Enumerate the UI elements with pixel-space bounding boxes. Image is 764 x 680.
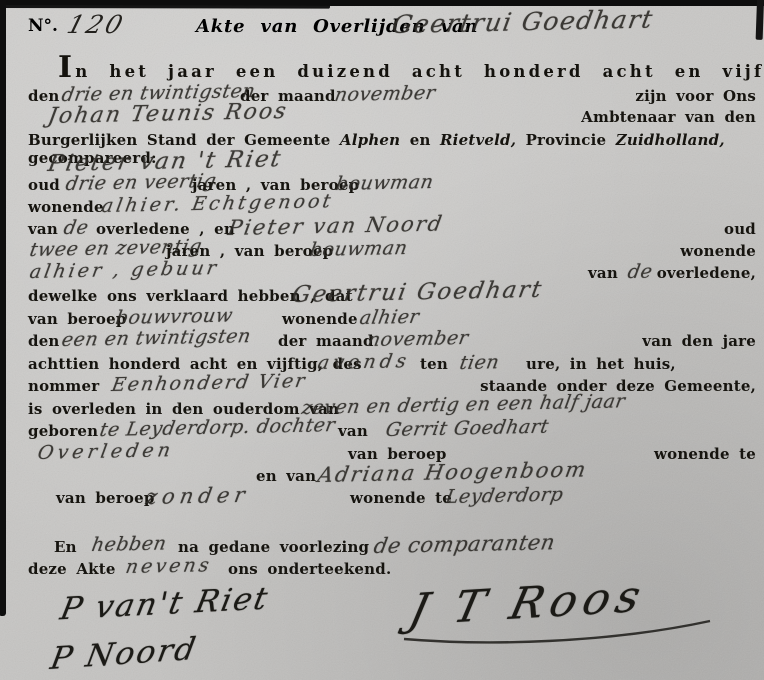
den-label: den [28, 87, 60, 105]
death-year-label: achttien honderd acht en vijftig, des [28, 355, 362, 373]
deceased-name: Geertrui Goedhart [290, 277, 545, 308]
mother-profession: zonder [144, 483, 252, 509]
year-line: In het jaar een duizend acht honderd ach… [28, 50, 756, 82]
van-beroep-label-3: van beroep [56, 489, 155, 507]
onderteekend-label: ons onderteekend. [228, 560, 391, 578]
witness2-profession: bouwman [308, 237, 409, 261]
wonende-label-2: wonende [680, 242, 756, 260]
overledene-label: overledene, [657, 264, 756, 282]
wonende-te-label: wonende te [654, 445, 756, 463]
scan-edge-top-shadow [0, 5, 330, 9]
nommer-label: nommer [28, 377, 99, 395]
death-certificate-scan: N°. 120 Akte van Overlijden van Geertrui… [0, 0, 764, 680]
en-van-label: en van [256, 467, 316, 485]
act-number-label: N°. [28, 16, 58, 36]
act-number-value: 120 [64, 10, 129, 39]
signature-flourish [398, 615, 718, 647]
year-text: In het jaar een duizend acht honderd ach… [58, 50, 764, 85]
witness1-residence: alhier. Echtgenoot [100, 190, 335, 217]
registrar-line: Johan Teunis Roos Ambtenaar van den [28, 108, 756, 132]
der-maand-label-2: der maand [278, 332, 374, 350]
registration-month: november [333, 82, 437, 106]
nevens-handwritten: nevens [124, 554, 214, 578]
mother-line: en van Adriana Hoogenboom [28, 467, 756, 491]
signature-witness1: P van't Riet [57, 581, 272, 628]
time-of-day: avonds [316, 350, 412, 374]
mother-profession-line: van beroep zonder wonende te Leyderdorp [28, 489, 756, 513]
death-day: een en twintigsten [60, 325, 253, 351]
van-label-3: van [338, 422, 368, 440]
wonende-label-3: wonende [282, 310, 358, 328]
birthplace: te Leyderdorp. dochter [98, 414, 337, 441]
scan-edge-left [0, 0, 6, 616]
deceased-name-header: Geertrui Goedhart [390, 5, 656, 39]
province-label: Provincie [526, 131, 607, 149]
father-status: Overleden [36, 439, 176, 464]
ten-label: ten [420, 355, 448, 373]
death-hour: tien [458, 351, 501, 374]
province-zuidholland: Zuidholland, [616, 131, 725, 149]
deze-akte-label: deze Akte [28, 560, 116, 578]
witness2-name: Pieter van Noord [226, 212, 446, 240]
witness2-residence: alhier , gebuur [28, 257, 221, 283]
de-handwritten: de [62, 216, 90, 239]
den-label-2: den [28, 332, 60, 350]
municipality-rietveld: Rietveld, [440, 131, 516, 149]
oud-label: oud [28, 176, 60, 194]
deceased-residence: alhier [358, 306, 421, 329]
zijn-voor-ons-label: zijn voor Ons [635, 87, 756, 105]
house-number: Eenhonderd Vier [110, 370, 308, 396]
van-beroep-label: van beroep [28, 310, 127, 328]
scan-edge-top-right [756, 0, 764, 40]
hebben-handwritten: hebben [90, 532, 168, 556]
van-label-2: van [588, 264, 618, 282]
ambtenaar-label: Ambtenaar van den [581, 108, 756, 126]
comparanten-handwritten: de comparanten [372, 530, 557, 558]
registrar-name: Johan Teunis Roos [46, 99, 290, 129]
en-cap-label: En [54, 538, 77, 556]
na-gedane-label: na gedane voorlezing [178, 538, 369, 556]
mother-name: Adriana Hoogenboom [316, 457, 589, 487]
wonende-te-label-2: wonende te [350, 489, 452, 507]
witness1-profession: bouwman [334, 171, 435, 195]
oud-label-2: oud [724, 220, 756, 238]
header-line: N°. 120 Akte van Overlijden van Geertrui… [28, 10, 756, 44]
van-den-jare-label: van den jare [642, 332, 756, 350]
van-label: van [28, 220, 58, 238]
death-month: november [366, 327, 470, 351]
wonende-label: wonende [28, 198, 104, 216]
municipality-alphen: Alphen [340, 131, 400, 149]
mother-residence: Leyderdorp [444, 484, 565, 508]
en-label: en [410, 131, 431, 149]
father-name: Gerrit Goedhart [384, 416, 551, 441]
geboren-label: geboren [28, 422, 98, 440]
ure-label: ure, in het huis, [526, 355, 676, 373]
de-handwritten-2: de [626, 260, 654, 283]
signature-witness2: P Noord [48, 631, 200, 677]
civil-registry-label: Burgerlijken Stand der Gemeente [28, 131, 330, 149]
